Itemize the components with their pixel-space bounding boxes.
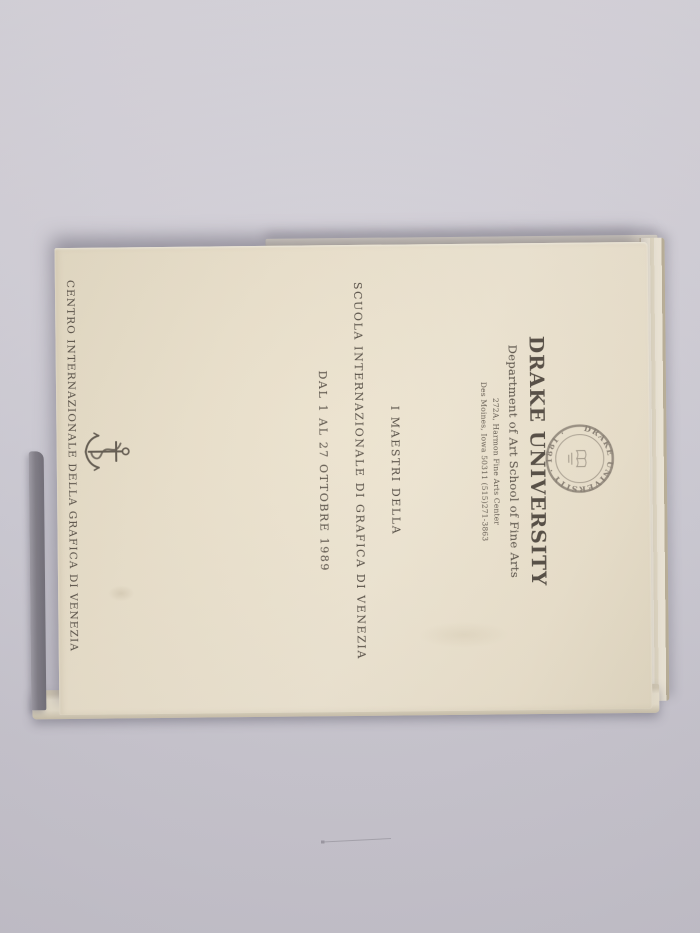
surface-hair-speck — [319, 836, 393, 844]
university-name: DRAKE UNIVERSITY — [524, 243, 553, 679]
department-line: Department of Art School of Fine Arts — [505, 243, 524, 679]
cover-printed-content: DRAKE UNIVERSITY · 1881 · DRAKE UNIVERSI… — [55, 242, 653, 715]
title-line-1: I MAESTRI DELLA — [387, 244, 405, 696]
title-line-3: DAL 1 AL 27 OTTOBRE 1989 — [315, 245, 333, 697]
anchor-dolphin-icon — [79, 428, 131, 475]
letterhead: DRAKE UNIVERSITY Department of Art Schoo… — [478, 243, 552, 680]
title-line-2: SCUOLA INTERNAZIONALE DI GRAFICA DI VENE… — [351, 245, 369, 697]
booklet: DRAKE UNIVERSITY · 1881 · DRAKE UNIVERSI… — [27, 235, 677, 730]
photo-background-surface: DRAKE UNIVERSITY · 1881 · DRAKE UNIVERSI… — [0, 0, 700, 933]
seal-open-book-icon — [569, 451, 586, 467]
address-line-1: 272A, Harmon Fine Arts Center — [490, 243, 504, 679]
dark-strip-object — [29, 451, 47, 710]
exhibition-title: I MAESTRI DELLA SCUOLA INTERNAZIONALE DI… — [315, 244, 405, 697]
drake-university-seal-stamp: DRAKE UNIVERSITY · 1881 · — [543, 422, 616, 495]
publisher-line: CENTRO INTERNAZIONALE DELLA GRAFICA DI V… — [64, 248, 81, 684]
